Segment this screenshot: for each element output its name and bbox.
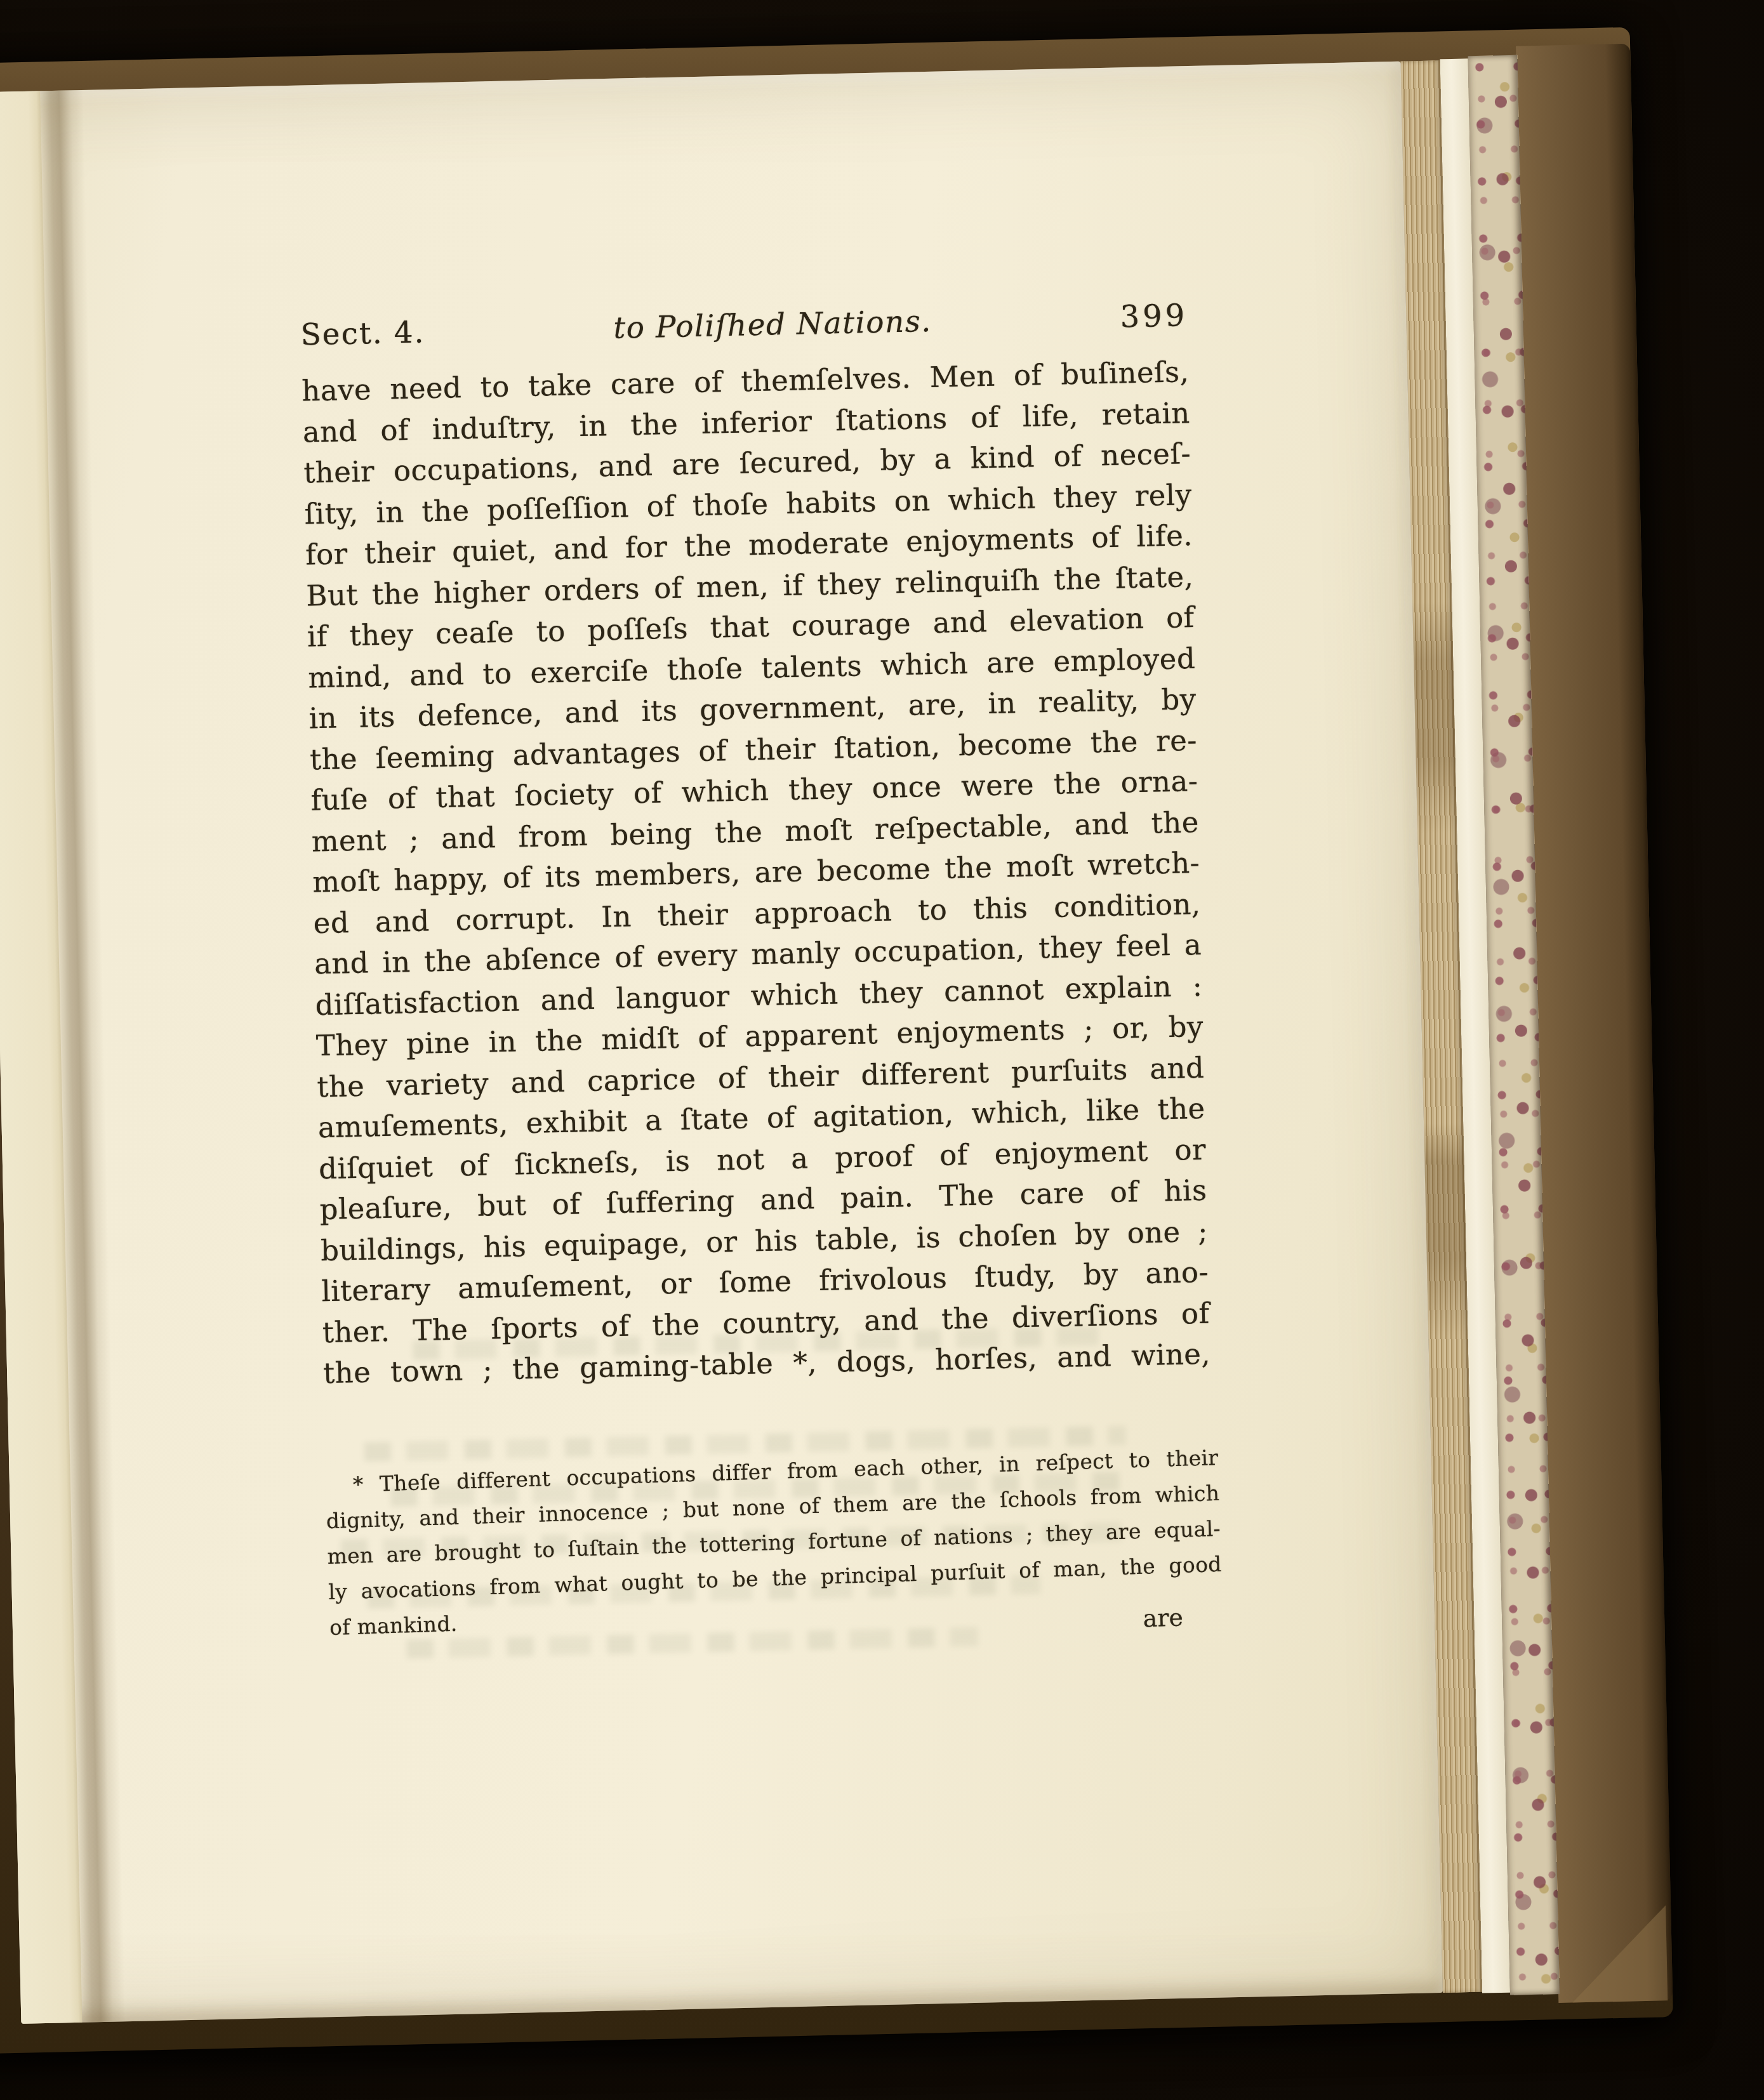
body-text: have need to take care of themſelves. Me… [302,352,1211,1394]
photo-background: { "page": { "header": { "section_label":… [0,0,1764,2100]
catchword: are [1143,1603,1184,1632]
page-number: 399 [1120,297,1188,335]
book: Sect. 4. to Poliſhed Nations. 399 have n… [0,27,1673,2054]
page-header: Sect. 4. to Poliſhed Nations. 399 [300,297,1188,353]
running-title: to Poliſhed Nations. [613,303,932,347]
page-content: Sect. 4. to Poliſhed Nations. 399 have n… [300,297,1217,1655]
section-label: Sect. 4. [300,314,425,353]
open-page: Sect. 4. to Poliſhed Nations. 399 have n… [0,62,1443,2024]
leather-corner-turn-in [1570,1905,1668,2002]
